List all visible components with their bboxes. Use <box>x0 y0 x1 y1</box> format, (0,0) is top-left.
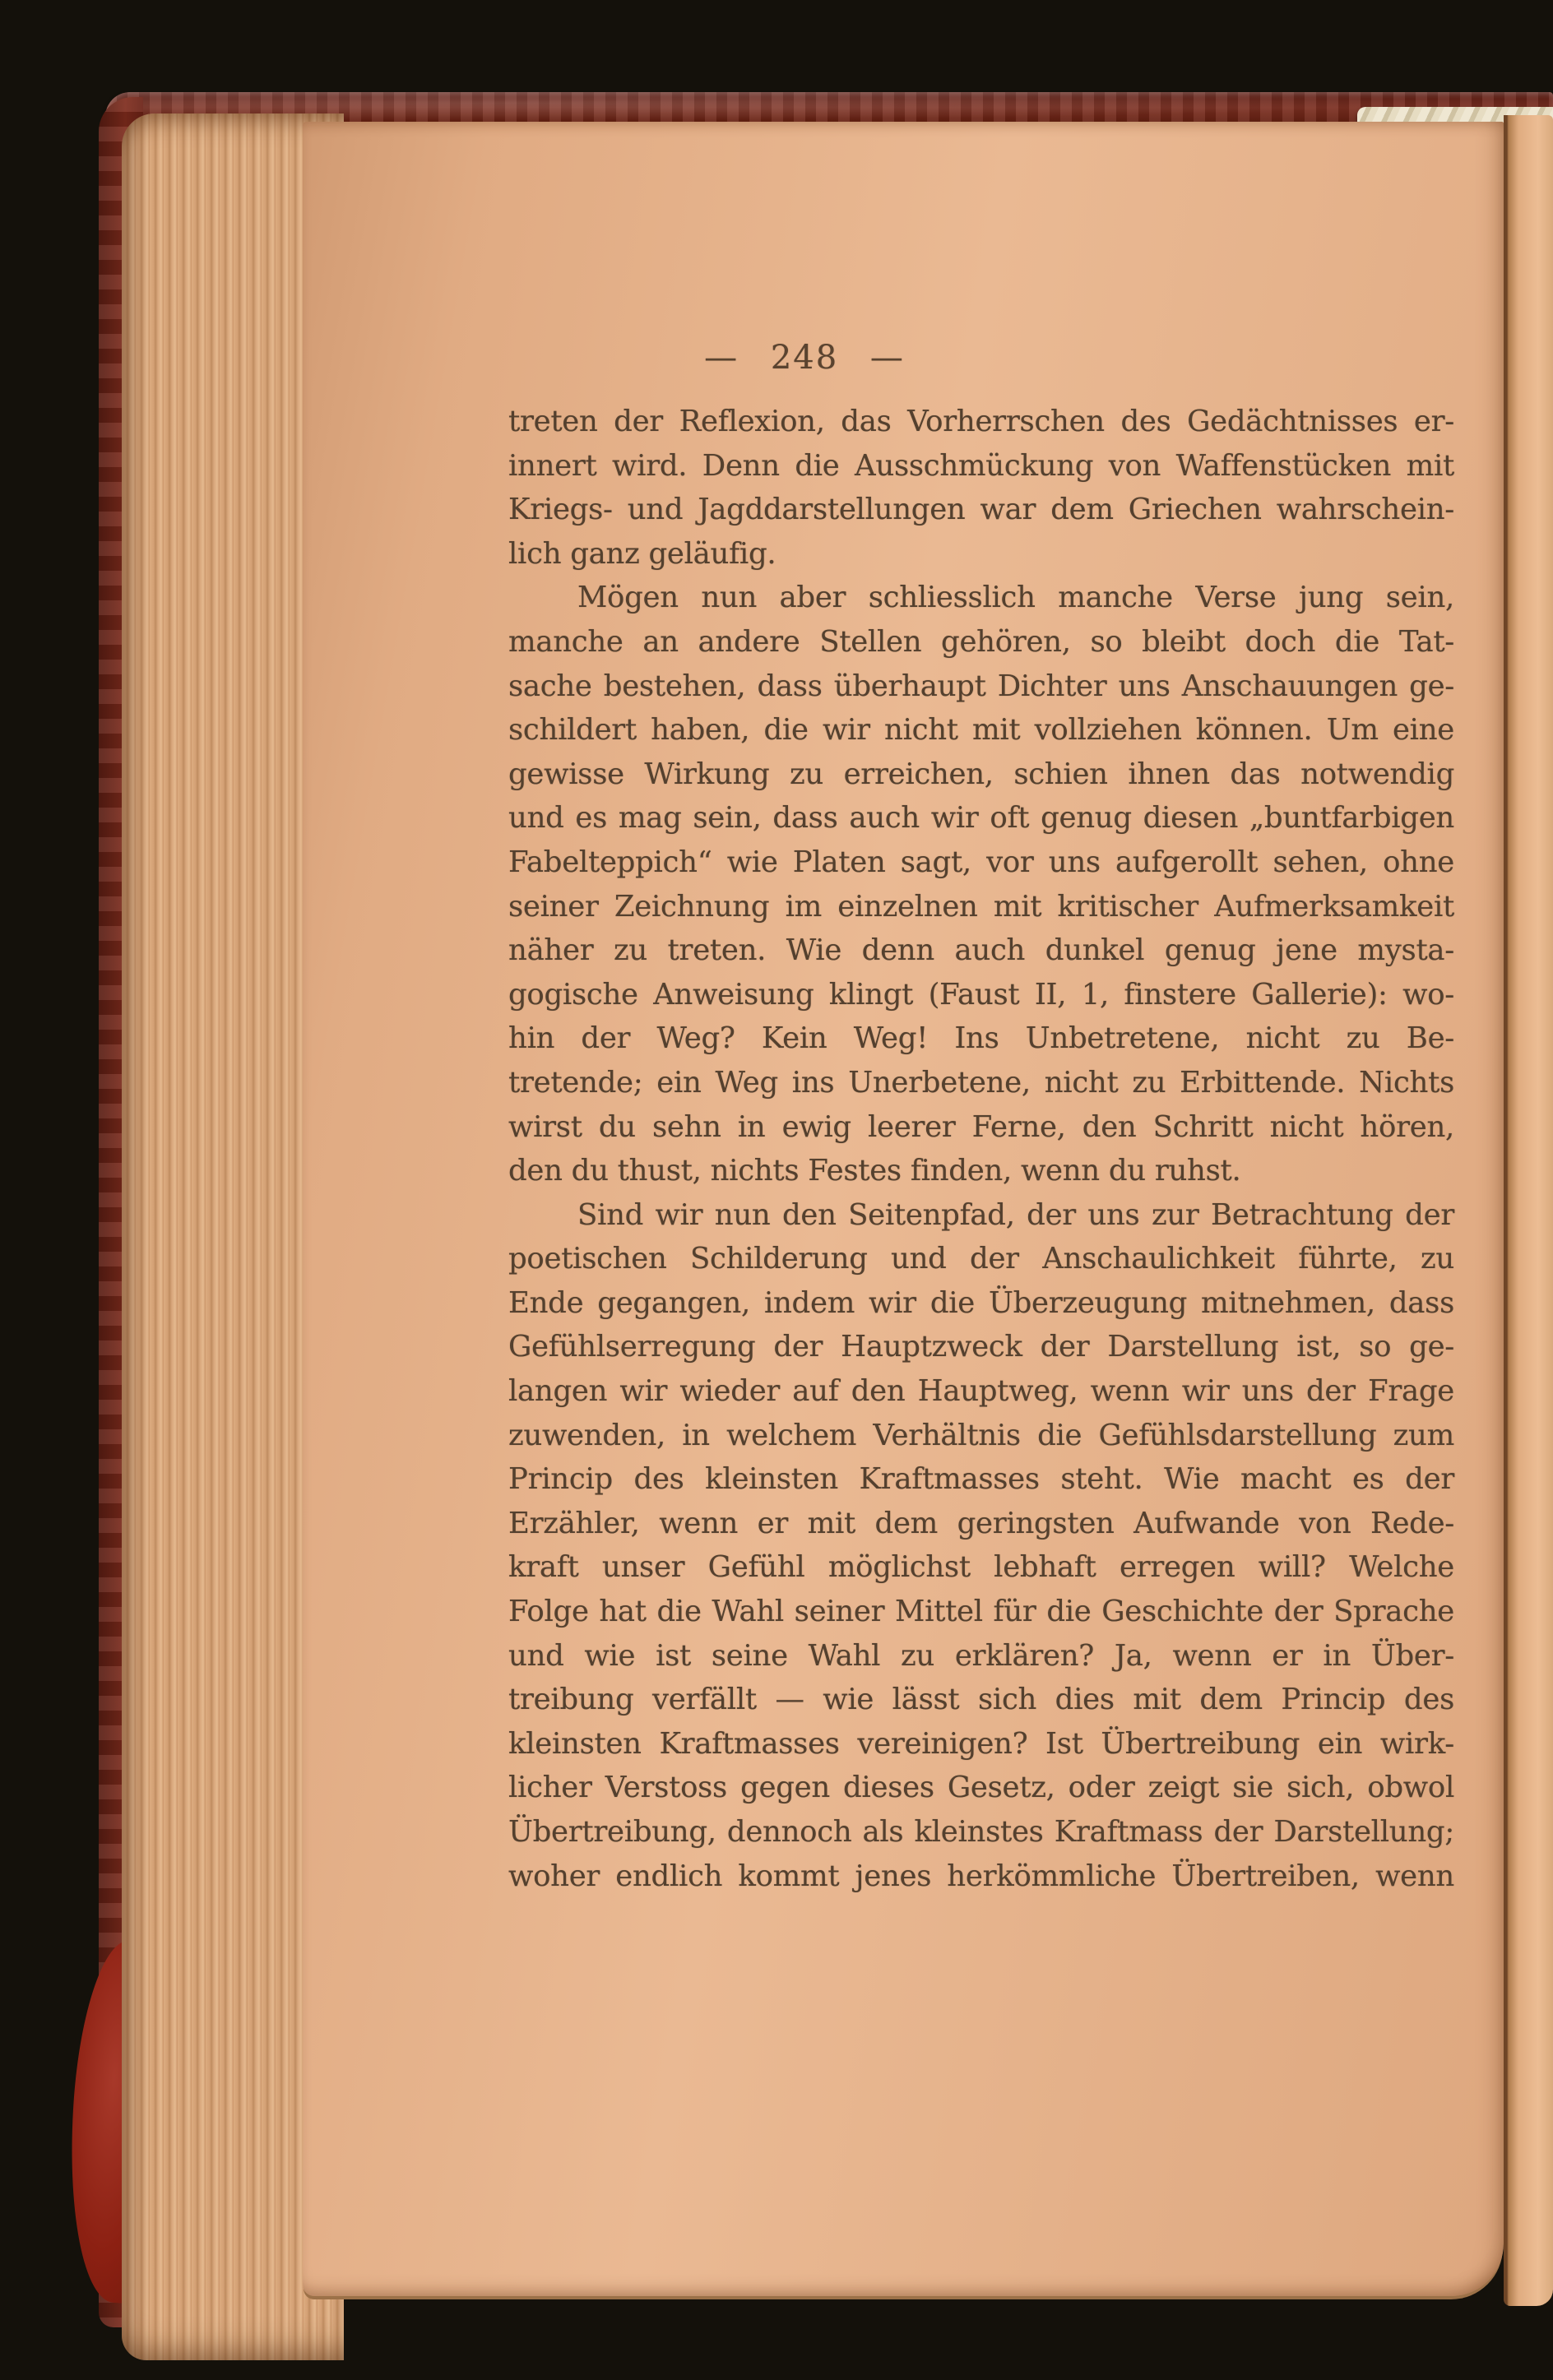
text-line: Folge hat die Wahl seiner Mittel für die… <box>508 1590 1454 1634</box>
text-line: und es mag sein, dass auch wir oft genug… <box>508 796 1454 840</box>
text-line: lich ganz geläufig. <box>508 532 1454 576</box>
text-line: seiner Zeichnung im einzelnen mit kritis… <box>508 885 1454 929</box>
text-line: Gefühlserregung der Hauptzweck der Darst… <box>508 1325 1454 1369</box>
text-line: manche an andere Stellen gehören, so ble… <box>508 620 1454 664</box>
text-line: wirst du sehn in ewig leerer Ferne, den … <box>508 1105 1454 1150</box>
text-line: innert wird. Denn die Ausschmückung von … <box>508 444 1454 489</box>
text-line: Übertreibung, dennoch als kleinstes Kraf… <box>508 1810 1454 1854</box>
text-line: langen wir wieder auf den Hauptweg, wenn… <box>508 1369 1454 1414</box>
page-number-text: — 248 — <box>704 339 905 377</box>
text-line: Mögen nun aber schliesslich manche Verse… <box>508 576 1454 620</box>
text-line: Princip des kleinsten Kraftmasses steht.… <box>508 1457 1454 1502</box>
text-line: und wie ist seine Wahl zu erklären? Ja, … <box>508 1634 1454 1679</box>
text-line: den du thust, nichts Festes finden, wenn… <box>508 1149 1454 1193</box>
text-line: hin der Weg? Kein Weg! Ins Unbetretene, … <box>508 1016 1454 1061</box>
next-page-edge <box>1504 115 1553 2306</box>
text-line: gogische Anweisung klingt (Faust II, 1, … <box>508 973 1454 1017</box>
text-line: treten der Reflexion, das Vorherrschen d… <box>508 400 1454 444</box>
text-line: licher Verstoss gegen dieses Gesetz, ode… <box>508 1766 1454 1810</box>
text-line: Ende gegangen, indem wir die Überzeugung… <box>508 1281 1454 1326</box>
text-line: kleinsten Kraftmasses vereinigen? Ist Üb… <box>508 1722 1454 1766</box>
text-line: woher endlich kommt jenes herkömmliche Ü… <box>508 1854 1454 1899</box>
text-line: zuwenden, in welchem Verhältnis die Gefü… <box>508 1414 1454 1458</box>
text-line: näher zu treten. Wie denn auch dunkel ge… <box>508 928 1454 973</box>
text-line: schildert haben, die wir nicht mit vollz… <box>508 708 1454 752</box>
text-line: Erzähler, wenn er mit dem geringsten Auf… <box>508 1502 1454 1546</box>
scan-background: { "document": { "page_number": "248", "p… <box>0 0 1553 2380</box>
text-block: treten der Reflexion, das Vorherrschen d… <box>508 400 1454 1898</box>
text-line: tretende; ein Weg ins Unerbetene, nicht … <box>508 1061 1454 1105</box>
text-line: Sind wir nun den Seitenpfad, der uns zur… <box>508 1193 1454 1238</box>
text-line: Fabelteppich“ wie Platen sagt, vor uns a… <box>508 840 1454 885</box>
text-line: Kriegs- und Jagddarstellungen war dem Gr… <box>508 488 1454 532</box>
book-page: — 248 — treten der Reflexion, das Vorher… <box>303 122 1504 2296</box>
text-line: kraft unser Gefühl möglichst lebhaft err… <box>508 1545 1454 1590</box>
page-number: — 248 — <box>508 339 1101 377</box>
text-line: gewisse Wirkung zu erreichen, schien ihn… <box>508 752 1454 797</box>
text-line: poetischen Schilderung und der Anschauli… <box>508 1237 1454 1281</box>
text-line: treibung verfällt — wie lässt sich dies … <box>508 1678 1454 1722</box>
text-line: sache bestehen, dass überhaupt Dichter u… <box>508 664 1454 709</box>
